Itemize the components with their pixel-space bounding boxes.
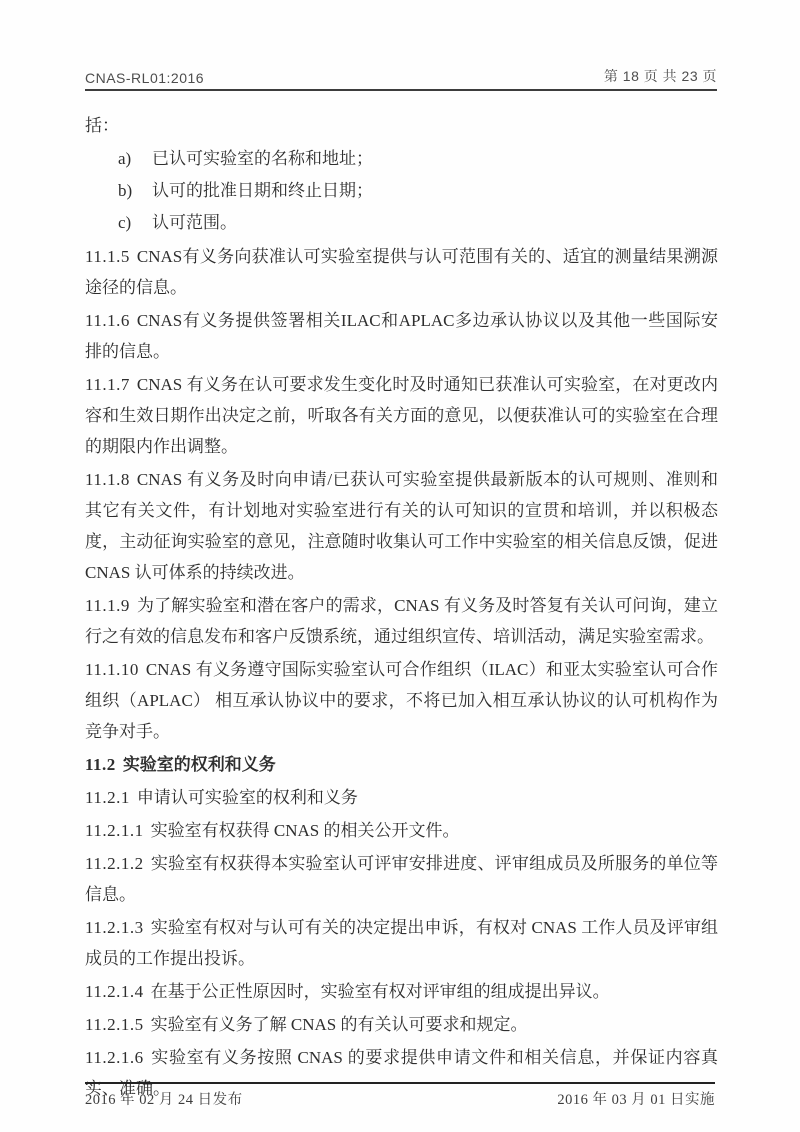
clause-number: 11.2.1.2 xyxy=(85,854,144,873)
paragraph-text: CNAS有义务向获准认可实验室提供与认可范围有关的、适宜的测量结果溯源途径的信息… xyxy=(85,247,718,297)
paragraph: 11.1.9为了解实验室和潜在客户的需求，CNAS 有义务及时答复有关认可问询，… xyxy=(85,590,718,652)
list-item-text: 已认可实验室的名称和地址； xyxy=(152,149,373,168)
paragraph-text: CNAS 有义务及时向申请/已获认可实验室提供最新版本的认可规则、准则和其它有关… xyxy=(85,470,718,582)
paragraph: 11.2.1.1实验室有权获得 CNAS 的相关公开文件。 xyxy=(85,815,718,846)
document-page: CNAS-RL01:2016 第 18 页 共 23 页 括： a)已认可实验室… xyxy=(0,0,800,1132)
paragraph-text: 实验室有权对与认可有关的决定提出申诉，有权对 CNAS 工作人员及评审组成员的工… xyxy=(85,918,718,968)
list-item-text: 认可范围。 xyxy=(152,213,237,232)
paragraph-text: CNAS有义务提供签署相关ILAC和APLAC多边承认协议以及其他一些国际安排的… xyxy=(85,311,718,361)
paragraph: 11.1.6CNAS有义务提供签署相关ILAC和APLAC多边承认协议以及其他一… xyxy=(85,305,718,367)
page-footer: 2016 年 02 月 24 日发布 2016 年 03 月 01 日实施 xyxy=(85,1082,715,1109)
clause-number: 11.1.9 xyxy=(85,596,130,615)
clause-number: 11.2.1.4 xyxy=(85,982,144,1001)
list-item: c)认可范围。 xyxy=(85,207,718,238)
item-list: a)已认可实验室的名称和地址； b)认可的批准日期和终止日期； c)认可范围。 xyxy=(85,143,718,238)
list-marker: c) xyxy=(118,207,152,238)
clause-number: 11.2.1.6 xyxy=(85,1048,144,1067)
clause-number: 11.2.1.5 xyxy=(85,1015,144,1034)
list-marker: b) xyxy=(118,175,152,206)
clause-number: 11.1.7 xyxy=(85,375,130,394)
paragraph-text: 实验室有权获得本实验室认可评审安排进度、评审组成员及所服务的单位等信息。 xyxy=(85,854,718,904)
clause-number: 11.2.1 xyxy=(85,788,130,807)
paragraph: 11.2.1.2实验室有权获得本实验室认可评审安排进度、评审组成员及所服务的单位… xyxy=(85,848,718,910)
paragraph-text: 申请认可实验室的权利和义务 xyxy=(137,788,358,807)
clause-number: 11.2 xyxy=(85,755,116,774)
paragraph: 11.2.1.3实验室有权对与认可有关的决定提出申诉，有权对 CNAS 工作人员… xyxy=(85,912,718,974)
paragraph: 11.1.10CNAS 有义务遵守国际实验室认可合作组织（ILAC）和亚太实验室… xyxy=(85,654,718,747)
implement-date: 2016 年 03 月 01 日实施 xyxy=(557,1088,715,1109)
clause-number: 11.1.6 xyxy=(85,311,130,330)
page-header: CNAS-RL01:2016 第 18 页 共 23 页 xyxy=(85,66,717,91)
paragraph: 11.1.7CNAS 有义务在认可要求发生变化时及时通知已获准认可实验室，在对更… xyxy=(85,369,718,462)
clause-number: 11.2.1.3 xyxy=(85,918,144,937)
page-indicator: 第 18 页 共 23 页 xyxy=(604,66,717,86)
clause-number: 11.1.5 xyxy=(85,247,130,266)
paragraph-text: 在基于公正性原因时，实验室有权对评审组的组成提出异议。 xyxy=(151,982,610,1001)
clause-number: 11.2.1.1 xyxy=(85,821,144,840)
paragraph: 11.2.1.5实验室有义务了解 CNAS 的有关认可要求和规定。 xyxy=(85,1009,718,1040)
paragraph-text: CNAS 有义务在认可要求发生变化时及时通知已获准认可实验室，在对更改内容和生效… xyxy=(85,375,718,456)
clause-number: 11.1.8 xyxy=(85,470,130,489)
doc-number: CNAS-RL01:2016 xyxy=(85,70,204,86)
paragraph: 11.1.8CNAS 有义务及时向申请/已获认可实验室提供最新版本的认可规则、准… xyxy=(85,464,718,588)
heading-text: 实验室的权利和义务 xyxy=(123,755,276,774)
document-body: 括： a)已认可实验室的名称和地址； b)认可的批准日期和终止日期； c)认可范… xyxy=(85,110,718,1106)
list-item-text: 认可的批准日期和终止日期； xyxy=(152,181,373,200)
paragraph-text: 实验室有权获得 CNAS 的相关公开文件。 xyxy=(151,821,460,840)
clause-number: 11.1.10 xyxy=(85,660,139,679)
paragraph: 11.1.5CNAS有义务向获准认可实验室提供与认可范围有关的、适宜的测量结果溯… xyxy=(85,241,718,303)
paragraph: 11.2.1申请认可实验室的权利和义务 xyxy=(85,782,718,813)
paragraph: 11.2.1.4在基于公正性原因时，实验室有权对评审组的组成提出异议。 xyxy=(85,976,718,1007)
list-marker: a) xyxy=(118,143,152,174)
issue-date: 2016 年 02 月 24 日发布 xyxy=(85,1088,243,1109)
list-item: a)已认可实验室的名称和地址； xyxy=(85,143,718,174)
paragraph-text: CNAS 有义务遵守国际实验室认可合作组织（ILAC）和亚太实验室认可合作组织（… xyxy=(85,660,718,741)
section-heading: 11.2实验室的权利和义务 xyxy=(85,749,718,780)
paragraph-text: 括： xyxy=(85,116,119,135)
list-item: b)认可的批准日期和终止日期； xyxy=(85,175,718,206)
paragraph-text: 实验室有义务了解 CNAS 的有关认可要求和规定。 xyxy=(151,1015,528,1034)
paragraph-text: 为了解实验室和潜在客户的需求，CNAS 有义务及时答复有关认可问询，建立行之有效… xyxy=(85,596,718,646)
paragraph-intro: 括： xyxy=(85,110,718,141)
